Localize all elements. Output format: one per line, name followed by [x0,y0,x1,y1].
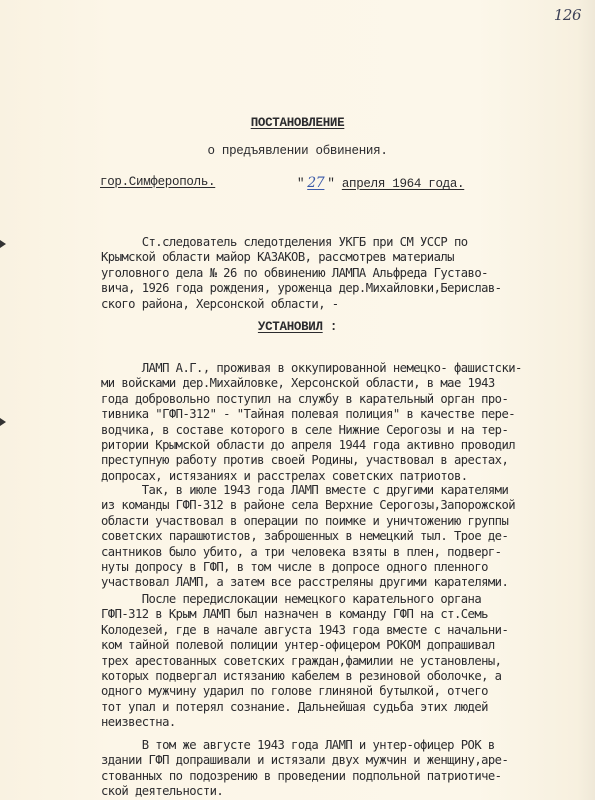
paragraph-2: Так, в июле 1943 года ЛАМП вместе с друг… [101,483,571,591]
text-line: тот упал и потерял сознание. Дальнейшая … [101,700,488,714]
text-line: тивника "ГФП-312" - "Тайная полевая поли… [101,407,515,421]
margin-mark [0,418,6,426]
text-line: года добровольно поступил на службу в ка… [101,392,508,406]
text-line: ской деятельности. [101,784,223,798]
text-line: стованных по подозрению в проведении под… [101,769,501,783]
text-line: ритории Крымской области до апреля 1944 … [101,438,515,452]
text-line: неизвестна. [101,715,176,729]
document-date: "27" апреля 1964 года. [297,175,464,191]
paragraph-3: После передислокации немецкого карательн… [101,592,571,731]
document-title-text: ПОСТАНОВЛЕНИЕ [251,116,345,130]
document-title: ПОСТАНОВЛЕНИЕ [0,116,595,130]
text-line: Так, в июле 1943 года ЛАМП вместе с друг… [101,483,508,497]
text-line: здании ГФП допрашивали и истязали двух м… [101,753,508,767]
text-line: уголовного дела № 26 по обвинению ЛАМПА … [101,266,488,280]
folio-number: 126 [554,6,581,24]
text-line: ком тайной полевой полиции унтер-офицеро… [101,638,495,652]
document-subtitle: о предъявлении обвинения. [0,144,595,158]
document-place: гор.Симферополь. [100,175,215,189]
text-line: одного мужчину ударил по голове глиняной… [101,684,488,698]
paragraph-4: В том же августе 1943 года ЛАМП и унтер-… [101,738,571,800]
text-line: ЛАМП А.Г., проживая в оккупированной нем… [101,361,522,375]
text-line: вича, 1926 года рождения, уроженца дер.М… [101,281,501,295]
text-line: В том же августе 1943 года ЛАМП и унтер-… [101,738,495,752]
text-line: области участвовал в операции по поимке … [101,514,508,528]
text-line: ми войсками дер.Михайловке, Херсонской о… [101,376,495,390]
margin-mark [0,240,6,248]
text-line: ГФП-312 в Крым ЛАМП был назначен в коман… [101,607,488,621]
section-heading-suffix: : [323,320,337,334]
text-line: Ст.следователь следотделения УКГБ при СМ… [101,235,468,249]
document-page: 126 ПОСТАНОВЛЕНИЕ о предъявлении обвинен… [0,0,595,800]
section-heading: УСТАНОВИЛ : [0,320,595,334]
date-month-year: апреля 1964 года. [342,177,464,191]
text-line: Колодезей, где в начале августа 1943 год… [101,623,508,637]
text-line: допросах, истязаниях и расстрелах советс… [101,469,468,483]
text-line: сантников было убито, а три человека взя… [101,545,501,559]
intro-paragraph: Ст.следователь следотделения УКГБ при СМ… [101,235,571,312]
date-day-handwritten: 27 [304,175,327,191]
text-line: После передислокации немецкого карательн… [101,592,481,606]
text-line: нуты допросу в ГФП, в том числе в допрос… [101,560,488,574]
text-line: которых подвергал истязанию кабелем в ре… [101,669,501,683]
date-close-quote: " [327,177,334,191]
paragraph-1: ЛАМП А.Г., проживая в оккупированной нем… [101,361,571,484]
section-heading-label: УСТАНОВИЛ [258,320,323,334]
text-line: ского района, Херсонской области, - [101,297,339,311]
text-line: Крымской области майор КАЗАКОВ, рассмотр… [101,250,454,264]
text-line: преступную работу против своей Родины, у… [101,453,508,467]
text-line: советских парашютистов, заброшенных в не… [101,529,508,543]
text-line: водчика, в составе которого в селе Нижни… [101,423,508,437]
text-line: из команды ГФП-312 в районе села Верхние… [101,498,515,512]
text-line: трех арестованных советских граждан,фами… [101,654,501,668]
text-line: участвовал ЛАМП, а затем все расстреляны… [101,575,508,589]
